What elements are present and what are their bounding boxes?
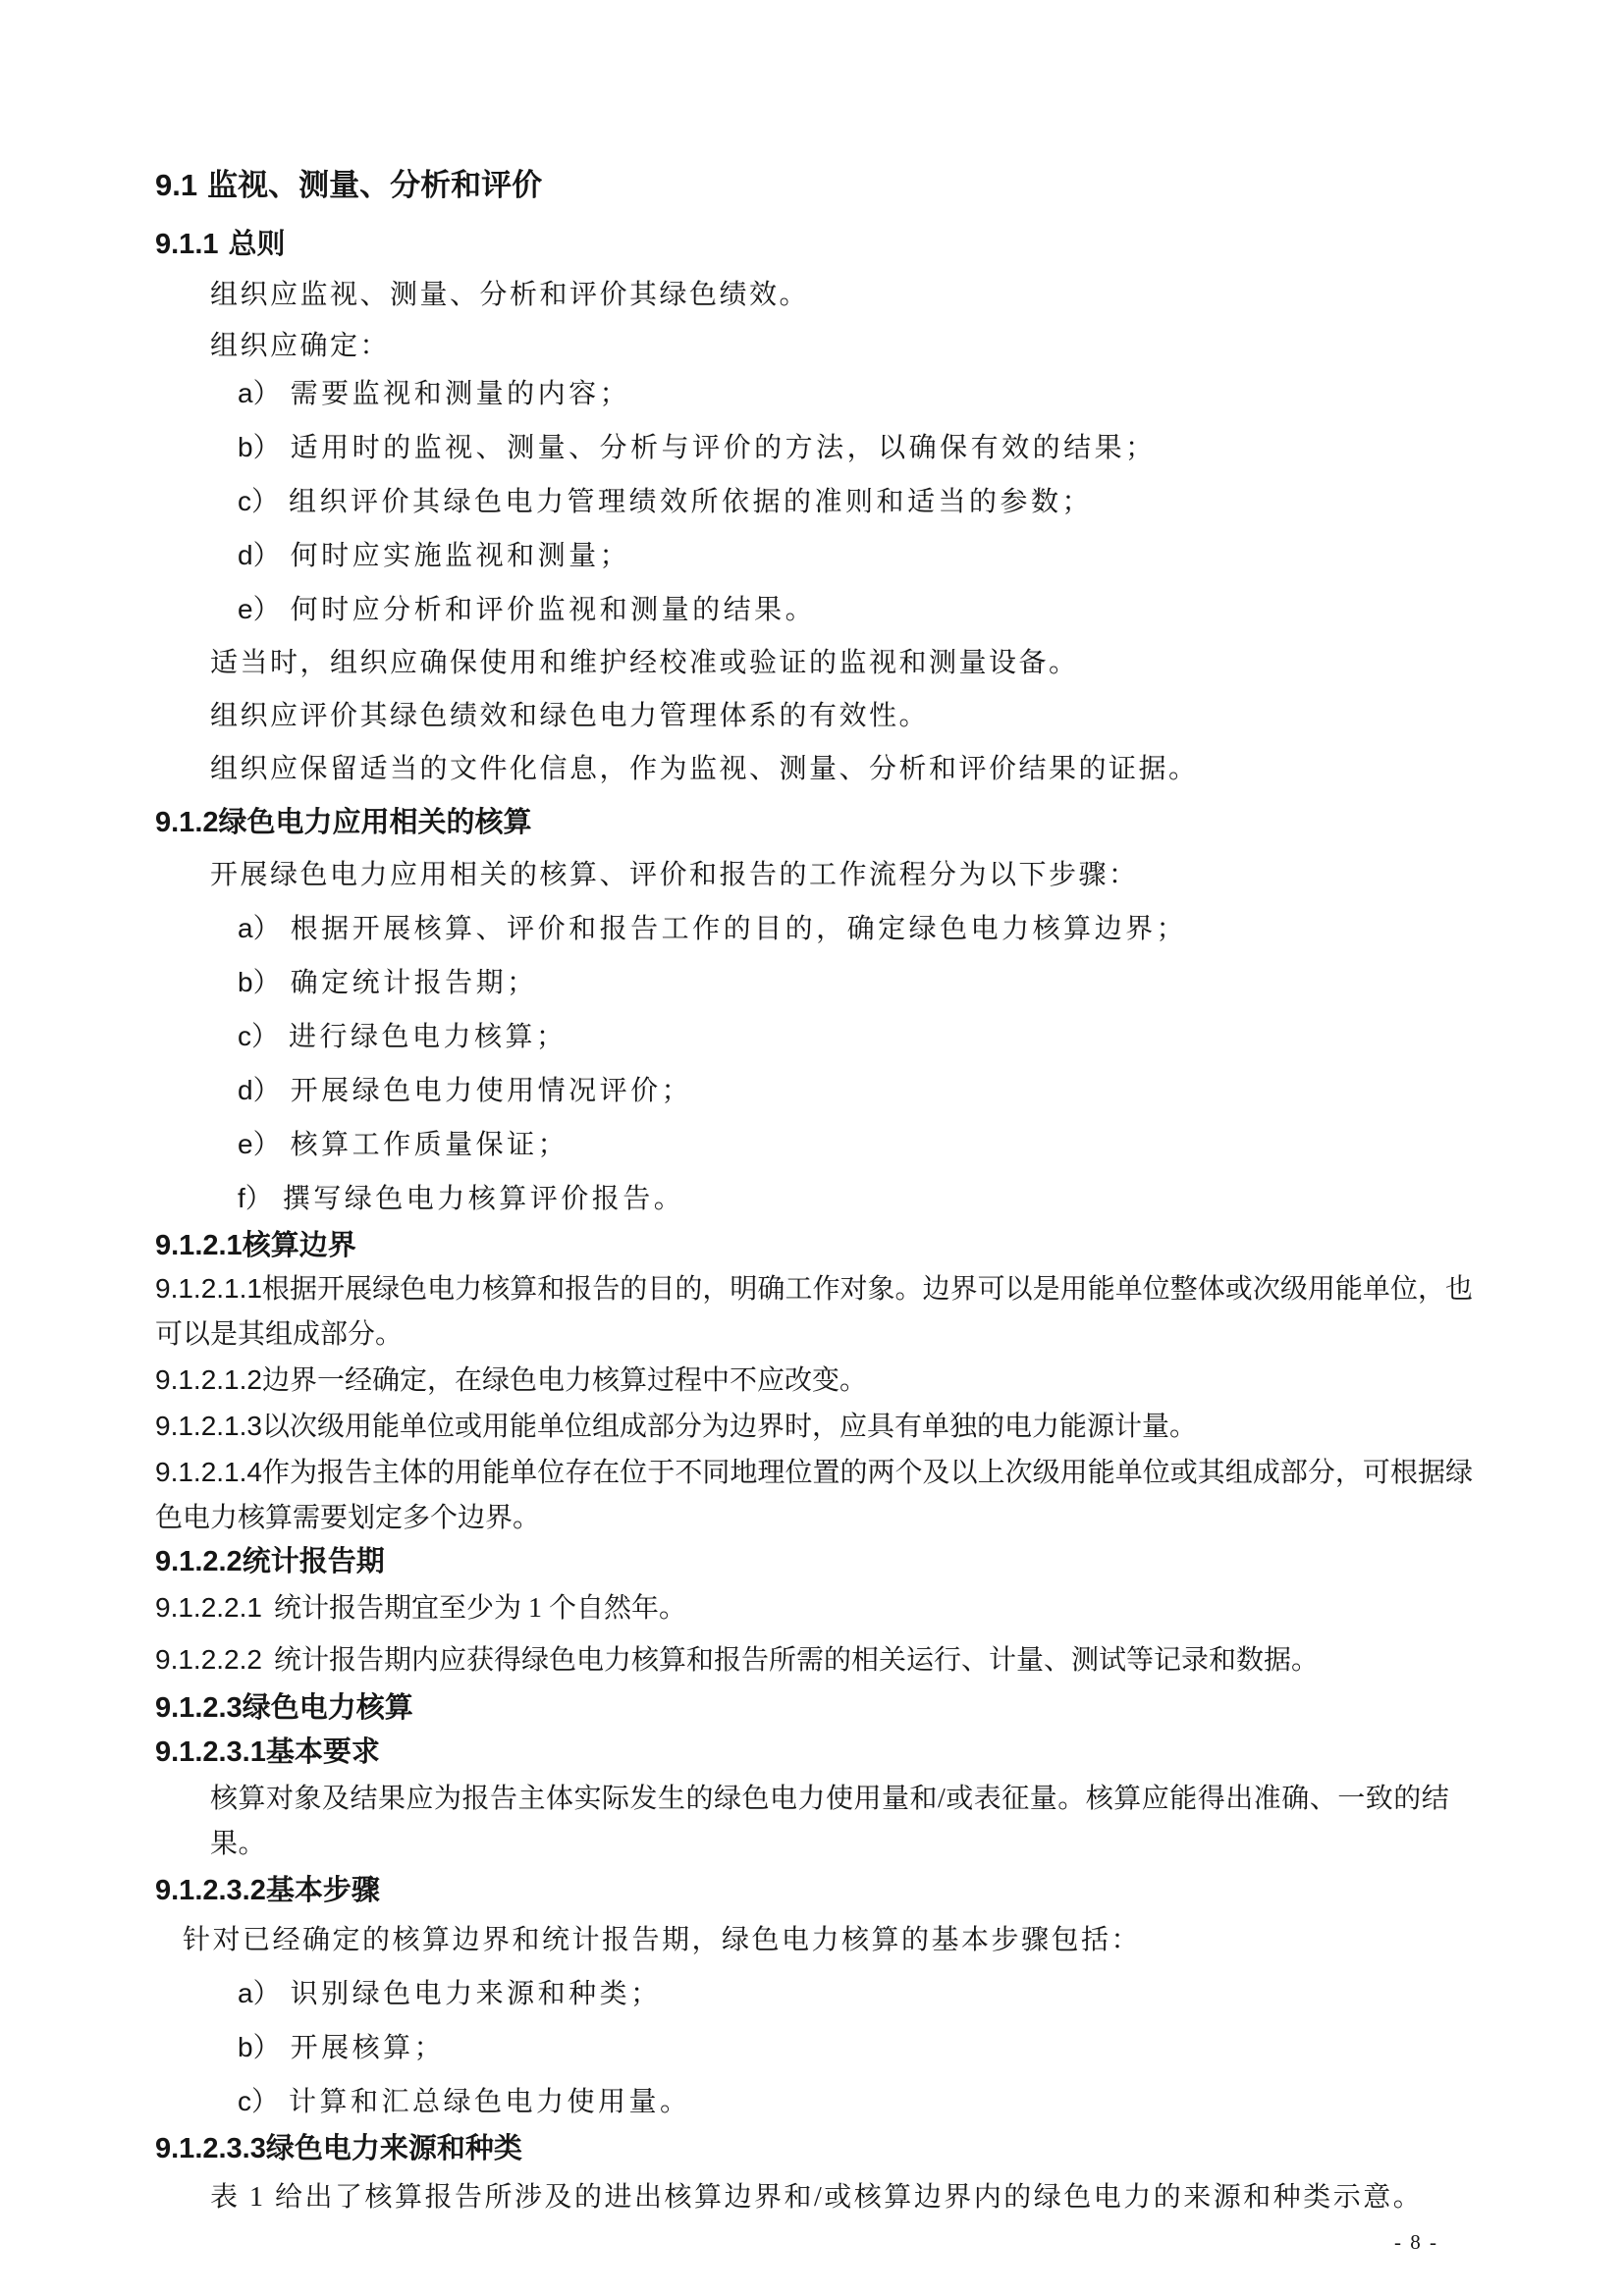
list-item: b）适用时的监视、测量、分析与评价的方法，以确保有效的结果； [238,425,1473,471]
clause-number: 9.1.2.2.1 [155,1592,262,1623]
paragraph: 开展绿色电力应用相关的核算、评价和报告的工作流程分为以下步骤： [155,853,1473,898]
list-item-text: 组织评价其绿色电力管理绩效所依据的准则和适当的参数； [289,487,1093,517]
section-number: 9.1 [155,168,197,202]
clause-number: 9.1.2.1.4 [155,1457,262,1487]
list-item-label: a） [238,378,281,408]
list-item: f）撰写绿色电力核算评价报告。 [238,1176,1473,1222]
heading-text: 总则 [229,229,286,260]
section-number: 9.1.2.3.1 [155,1736,266,1768]
list-item-label: b） [238,967,281,997]
list-item: b）开展核算； [238,2025,1473,2071]
section-number: 9.1.2 [155,807,219,838]
paragraph: 核算对象及结果应为报告主体实际发生的绿色电力使用量和/或表征量。核算应能得出准确… [155,1777,1473,1867]
list-item: a）需要监视和测量的内容； [238,371,1473,417]
heading-text: 绿色电力来源和种类 [266,2133,522,2164]
section-heading-9-1-2-3-1: 9.1.2.3.1基本要求 [155,1732,1473,1773]
list-item-text: 根据开展核算、评价和报告工作的目的，确定绿色电力核算边界； [291,914,1188,944]
paragraph: 适当时，组织应确保使用和维护经校准或验证的监视和测量设备。 [155,641,1473,686]
list-item-text: 撰写绿色电力核算评价报告。 [283,1184,685,1214]
paragraph: 组织应监视、测量、分析和评价其绿色绩效。 [155,273,1473,318]
section-heading-9-1: 9.1监视、测量、分析和评价 [155,165,1473,206]
heading-text: 基本要求 [266,1736,380,1768]
section-number: 9.1.2.2 [155,1546,243,1577]
list-item-text: 计算和汇总绿色电力使用量。 [289,2087,691,2117]
section-heading-9-1-2-3-2: 9.1.2.3.2基本步骤 [155,1870,1473,1911]
list-item-text: 核算工作质量保证； [291,1130,569,1160]
list-item: c）计算和汇总绿色电力使用量。 [238,2079,1473,2125]
clause-text: 统计报告期宜至少为 1 个自然年。 [274,1593,686,1624]
document-page: 9.1监视、测量、分析和评价 9.1.1总则 组织应监视、测量、分析和评价其绿色… [0,0,1624,2296]
clause-number: 9.1.2.1.1 [155,1273,262,1304]
list-item: a）根据开展核算、评价和报告工作的目的，确定绿色电力核算边界； [238,906,1473,952]
section-number: 9.1.2.3.2 [155,1875,266,1906]
numbered-paragraph: 9.1.2.1.1根据开展绿色电力核算和报告的目的，明确工作对象。边界可以是用能… [155,1266,1473,1358]
list-item-label: b） [238,432,281,462]
list-item-label: c） [238,486,279,516]
list-item-label: e） [238,594,281,624]
section-heading-9-1-2-3: 9.1.2.3绿色电力核算 [155,1687,1473,1729]
clause-text: 边界一经确定，在绿色电力核算过程中不应改变。 [262,1365,867,1396]
section-heading-9-1-2-3-3: 9.1.2.3.3绿色电力来源和种类 [155,2128,1473,2169]
list-item: b）确定统计报告期； [238,960,1473,1006]
list-item: d）开展绿色电力使用情况评价； [238,1068,1473,1114]
list-item-text: 何时应实施监视和测量； [291,541,631,571]
numbered-paragraph: 9.1.2.1.3以次级用能单位或用能单位组成部分为边界时，应具有单独的电力能源… [155,1404,1473,1450]
list-item-label: f） [238,1183,273,1213]
clause-number: 9.1.2.1.2 [155,1364,262,1395]
paragraph: 组织应确定： [155,324,1473,369]
numbered-paragraph: 9.1.2.1.2边界一经确定，在绿色电力核算过程中不应改变。 [155,1358,1473,1404]
section-number: 9.1.1 [155,229,219,260]
section-heading-9-1-2-1: 9.1.2.1核算边界 [155,1225,1473,1266]
list-item-label: b） [238,2032,281,2062]
list-item-label: d） [238,540,281,570]
heading-text: 监视、测量、分析和评价 [207,168,542,202]
clause-number: 9.1.2.1.3 [155,1411,262,1441]
list-item-text: 识别绿色电力来源和种类； [291,1979,662,2009]
clause-text: 以次级用能单位或用能单位组成部分为边界时，应具有单独的电力能源计量。 [262,1412,1197,1442]
paragraph: 表 1 给出了核算报告所涉及的进出核算边界和/或核算边界内的绿色电力的来源和种类… [155,2175,1473,2220]
list-item-label: e） [238,1129,281,1159]
heading-text: 绿色电力应用相关的核算 [219,807,532,838]
numbered-paragraph: 9.1.2.2.1统计报告期宜至少为 1 个自然年。 [155,1585,1473,1631]
section-heading-9-1-2-2: 9.1.2.2统计报告期 [155,1541,1473,1582]
clause-text: 作为报告主体的用能单位存在位于不同地理位置的两个及以上次级用能单位或其组成部分，… [155,1458,1473,1533]
paragraph: 组织应保留适当的文件化信息，作为监视、测量、分析和评价结果的证据。 [155,747,1473,792]
list-item: d）何时应实施监视和测量； [238,533,1473,579]
clause-number: 9.1.2.2.2 [155,1644,262,1675]
numbered-paragraph: 9.1.2.2.2统计报告期内应获得绿色电力核算和报告所需的相关运行、计量、测试… [155,1637,1473,1683]
clause-text: 统计报告期内应获得绿色电力核算和报告所需的相关运行、计量、测试等记录和数据。 [274,1645,1319,1676]
heading-text: 统计报告期 [243,1546,385,1577]
section-number: 9.1.2.3.3 [155,2133,266,2164]
list-item: c）组织评价其绿色电力管理绩效所依据的准则和适当的参数； [238,479,1473,525]
list-item-label: c） [238,2086,279,2116]
list-item-text: 开展核算； [291,2033,446,2063]
list-item-text: 进行绿色电力核算； [289,1022,568,1052]
list-item-label: a） [238,913,281,943]
heading-text: 基本步骤 [266,1875,380,1906]
list-item: a）识别绿色电力来源和种类； [238,1971,1473,2017]
heading-text: 核算边界 [243,1230,356,1261]
section-heading-9-1-2: 9.1.2绿色电力应用相关的核算 [155,802,1473,843]
page-number: - 8 - [155,2227,1438,2257]
heading-text: 绿色电力核算 [243,1692,413,1724]
section-number: 9.1.2.3 [155,1692,243,1724]
list-item-text: 适用时的监视、测量、分析与评价的方法，以确保有效的结果； [291,433,1157,463]
list-item-text: 开展绿色电力使用情况评价； [291,1076,693,1106]
list-item: e）核算工作质量保证； [238,1122,1473,1168]
list-item-text: 确定统计报告期； [291,968,538,998]
list-item-text: 何时应分析和评价监视和测量的结果。 [291,595,817,625]
list-item: c）进行绿色电力核算； [238,1014,1473,1060]
clause-text: 根据开展绿色电力核算和报告的目的，明确工作对象。边界可以是用能单位整体或次级用能… [155,1274,1473,1350]
paragraph: 针对已经确定的核算边界和统计报告期，绿色电力核算的基本步骤包括： [155,1918,1473,1963]
section-number: 9.1.2.1 [155,1230,243,1261]
list-item-text: 需要监视和测量的内容； [291,379,631,409]
list-item-label: c） [238,1021,279,1051]
list-item-label: d） [238,1075,281,1105]
section-heading-9-1-1: 9.1.1总则 [155,224,1473,265]
list-item: e）何时应分析和评价监视和测量的结果。 [238,587,1473,633]
numbered-paragraph: 9.1.2.1.4作为报告主体的用能单位存在位于不同地理位置的两个及以上次级用能… [155,1450,1473,1541]
list-item-label: a） [238,1978,281,2008]
paragraph: 组织应评价其绿色绩效和绿色电力管理体系的有效性。 [155,694,1473,739]
